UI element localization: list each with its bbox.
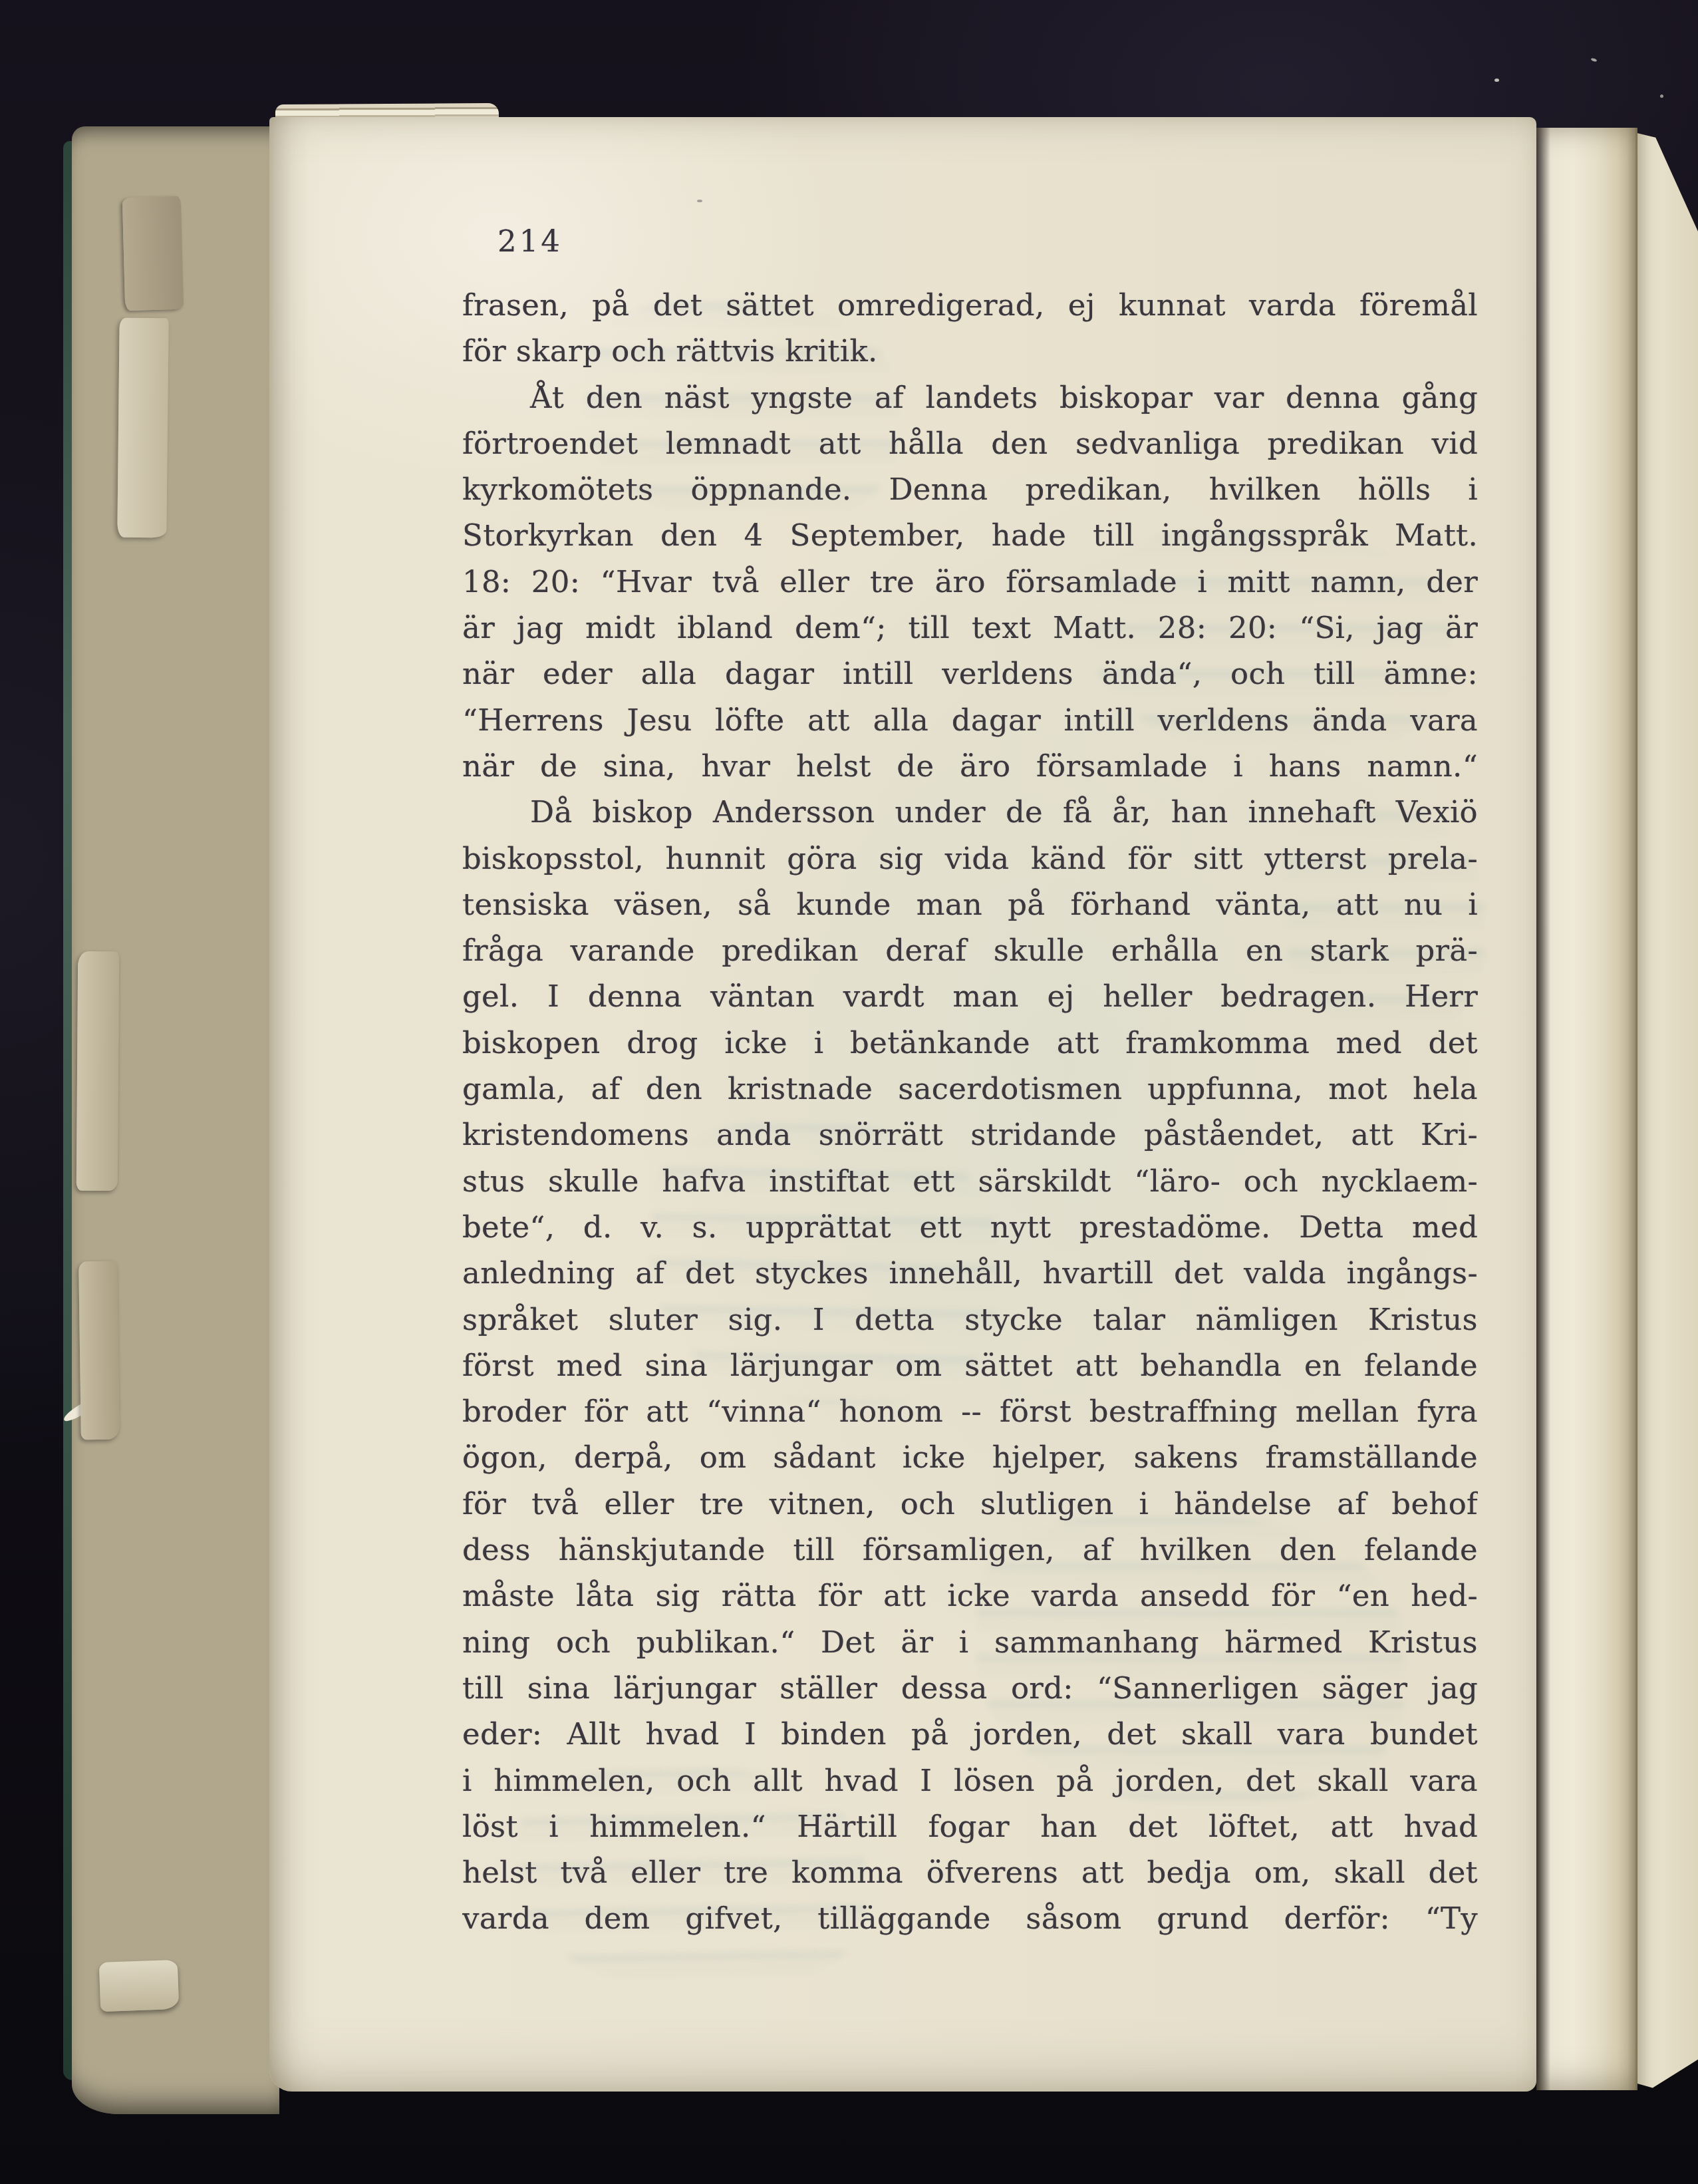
- torn-page-tab: [78, 1261, 120, 1440]
- text-line: Åt den näst yngste af landets biskopar v…: [462, 375, 1478, 420]
- torn-page-tab: [76, 951, 120, 1191]
- page-fold: [1536, 128, 1637, 2090]
- page-number: 214: [497, 224, 563, 259]
- text-line: stus skulle hafva instiftat ett särskild…: [462, 1158, 1478, 1204]
- text-line: bete“, d. v. s. upprättat ett nytt prest…: [462, 1204, 1478, 1250]
- text-line: dess hänskjutande till församligen, af h…: [462, 1527, 1478, 1573]
- text-line: 18: 20: “Hvar två eller tre äro församla…: [462, 559, 1478, 605]
- page-text: frasen, på det sättet omredigerad, ej ku…: [462, 282, 1478, 1942]
- text-line: till sina lärjungar ställer dessa ord: “…: [462, 1665, 1478, 1711]
- torn-page-tab: [117, 318, 168, 538]
- text-line: frasen, på det sättet omredigerad, ej ku…: [462, 282, 1478, 328]
- text-line: löst i himmelen.“ Härtill fogar han det …: [462, 1803, 1478, 1849]
- dust-speck: [1494, 78, 1499, 82]
- text-line: för skarp och rättvis kritik.: [462, 328, 1478, 374]
- text-line: kyrkomötets öppnande. Denna predikan, hv…: [462, 466, 1478, 512]
- text-line: helst två eller tre komma öfverens att b…: [462, 1849, 1478, 1895]
- text-line: är jag midt ibland dem“; till text Matt.…: [462, 605, 1478, 651]
- text-line: tensiska väsen, så kunde man på förhand …: [462, 881, 1478, 927]
- text-line: måste låta sig rätta för att icke varda …: [462, 1573, 1478, 1619]
- torn-page-tab: [122, 196, 184, 311]
- text-line: Då biskop Andersson under de få år, han …: [462, 789, 1478, 835]
- text-line: biskopsstol, hunnit göra sig vida känd f…: [462, 836, 1478, 881]
- dust-speck: [1591, 58, 1598, 63]
- text-line: biskopen drog icke i betänkande att fram…: [462, 1020, 1478, 1066]
- photo-background: { "page": { "number": "214", "lines": [ …: [0, 0, 1698, 2184]
- text-line: när eder alla dagar intill verldens ända…: [462, 651, 1478, 697]
- text-line: språket sluter sig. I detta stycke talar…: [462, 1297, 1478, 1342]
- text-line: “Herrens Jesu löfte att alla dagar intil…: [462, 697, 1478, 743]
- text-line: broder för att “vinna“ honom -- först be…: [462, 1388, 1478, 1434]
- text-line: förtroendet lemnadt att hålla den sedvan…: [462, 420, 1478, 466]
- ink-speck: [697, 200, 702, 202]
- text-line: kristendomens anda snörrätt stridande på…: [462, 1112, 1478, 1158]
- text-line: gamla, af den kristnade sacerdotismen up…: [462, 1066, 1478, 1112]
- text-line: Storkyrkan den 4 September, hade till in…: [462, 512, 1478, 558]
- text-line: ning och publikan.“ Det är i sammanhang …: [462, 1619, 1478, 1665]
- torn-page-tab: [99, 1960, 180, 2012]
- text-line: varda dem gifvet, tilläggande såsom grun…: [462, 1895, 1478, 1941]
- text-line: ögon, derpå, om sådant icke hjelper, sak…: [462, 1434, 1478, 1480]
- text-line: för två eller tre vitnen, och slutligen …: [462, 1481, 1478, 1527]
- text-line: anledning af det styckes innehåll, hvart…: [462, 1250, 1478, 1296]
- dust-speck: [1660, 94, 1663, 98]
- adjacent-page-edge: [1637, 0, 1698, 2184]
- text-line: fråga varande predikan deraf skulle erhå…: [462, 927, 1478, 973]
- text-line: i himmelen, och allt hvad I lösen på jor…: [462, 1758, 1478, 1803]
- text-line: när de sina, hvar helst de äro församlad…: [462, 743, 1478, 789]
- text-line: gel. I denna väntan vardt man ej heller …: [462, 973, 1478, 1019]
- text-line: eder: Allt hvad I binden på jorden, det …: [462, 1711, 1478, 1757]
- text-line: först med sina lärjungar om sättet att b…: [462, 1342, 1478, 1388]
